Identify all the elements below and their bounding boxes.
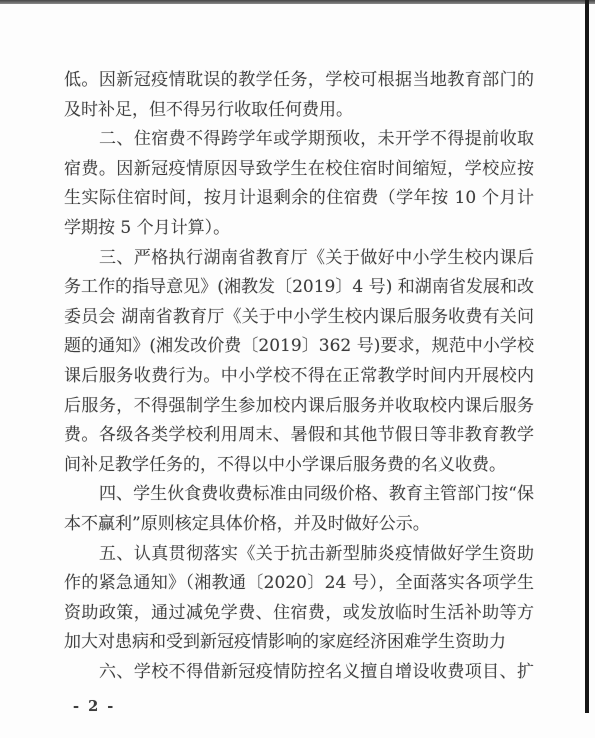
paragraph: 四、学生伙食费收费标准由同级价格、教育主管部门按“保本不赢利”原则核定具体价格，… [64,480,534,539]
text-line: 及时补足，但不得另行收取任何费用。 [64,96,534,126]
text-line: 间补足教学任务的，不得以中小学课后服务费的名义收费。 [64,451,534,481]
text-line: 二、住宿费不得跨学年或学期预收，未开学不得提前收取住 [64,125,534,155]
text-line: 六、学校不得借新冠疫情防控名义擅自增设收费项目、扩大 [64,658,534,688]
text-line: 资助政策，通过减免学费、住宿费，或发放临时生活补助等方式， [64,599,534,629]
text-line: 加大对患病和受到新冠疫情影响的家庭经济困难学生资助力度。 [64,628,534,658]
scan-right-edge-shadow [585,0,589,713]
page-number: - 2 - [73,698,115,718]
text-line: 三、严格执行湖南省教育厅《关于做好中小学生校内课后服 [64,244,534,274]
text-line: 课后服务收费行为。中小学校不得在正常教学时间内开展校内课 [64,362,534,392]
paragraph: 五、认真贯彻落实《关于抗击新型肺炎疫情做好学生资助工作的紧急通知》（湘教通〔20… [64,540,534,658]
paragraph: 三、严格执行湖南省教育厅《关于做好中小学生校内课后服务工作的指导意见》(湘教发〔… [64,244,534,481]
text-line: 委员会 湖南省教育厅《关于中小学生校内课后服务收费有关问 [64,303,534,333]
text-line: 生实际住宿时间，按月计退剩余的住宿费（学年按 10 个月计算， [64,184,534,214]
text-line: 务工作的指导意见》(湘教发〔2019〕4 号) 和湖南省发展和改革 [64,273,534,303]
text-line: 宿费。因新冠疫情原因导致学生在校住宿时间缩短，学校应按学 [64,155,534,185]
paragraph: 六、学校不得借新冠疫情防控名义擅自增设收费项目、扩大 [64,658,534,688]
text-line: 题的通知》(湘发改价费〔2019〕362 号)要求，规范中小学校内 [64,332,534,362]
document-text-body: 低。因新冠疫情耽误的教学任务，学校可根据当地教育部门的要求及时补足，但不得另行收… [64,66,534,687]
text-line: 四、学生伙食费收费标准由同级价格、教育主管部门按“保 [64,480,534,510]
text-line: 后服务，不得强制学生参加校内课后服务并收取校内课后服务 [64,392,534,422]
text-line: 本不赢利”原则核定具体价格，并及时做好公示。 [64,510,534,540]
text-line: 作的紧急通知》（湘教通〔2020〕24 号），全面落实各项学生 [64,569,534,599]
text-line: 学期按 5 个月计算）。 [64,214,534,244]
text-line: 五、认真贯彻落实《关于抗击新型肺炎疫情做好学生资助工 [64,540,534,570]
text-line: 费。各级各类学校利用周末、暑假和其他节假日等非教育教学时 [64,421,534,451]
text-line: 低。因新冠疫情耽误的教学任务，学校可根据当地教育部门的要求 [64,66,534,96]
scanned-document-page: { "page": { "number_label": "- 2 -", "co… [0,0,595,738]
paragraph: 低。因新冠疫情耽误的教学任务，学校可根据当地教育部门的要求及时补足，但不得另行收… [64,66,534,125]
paragraph: 二、住宿费不得跨学年或学期预收，未开学不得提前收取住宿费。因新冠疫情原因导致学生… [64,125,534,243]
scan-top-edge-shadow [0,0,595,4]
